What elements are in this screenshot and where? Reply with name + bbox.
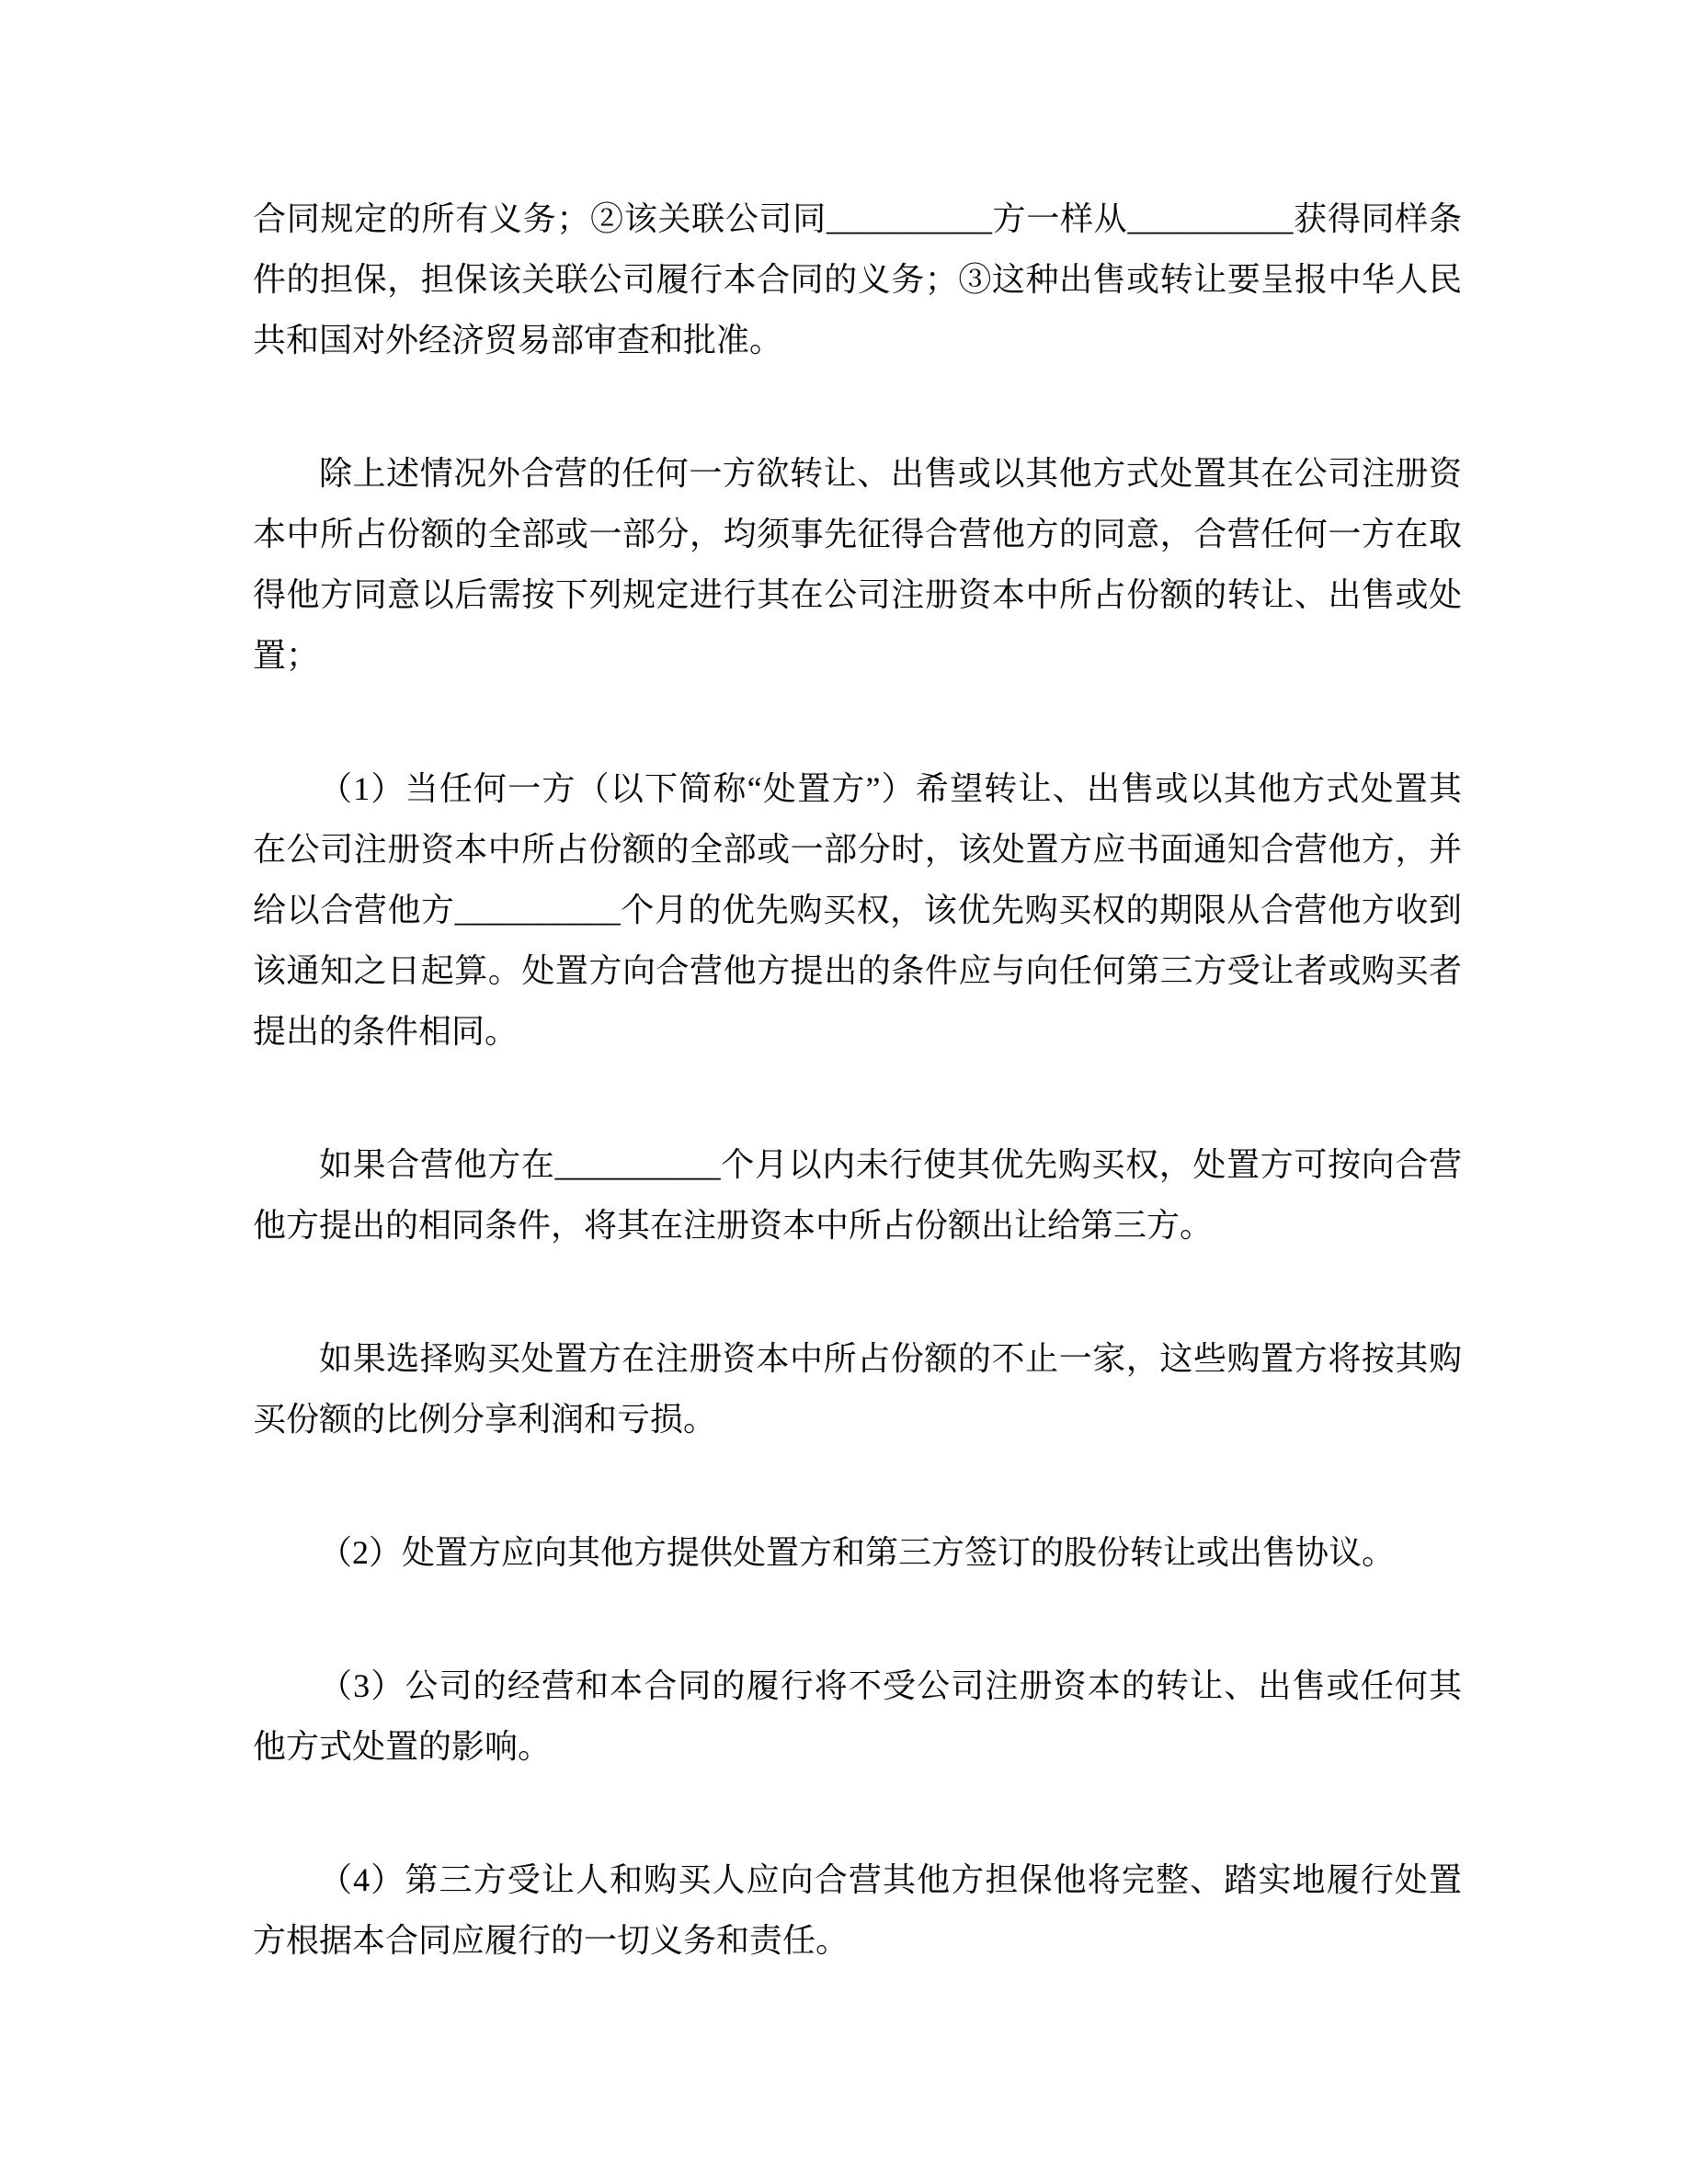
- text-line: 如果选择购买处置方在注册资本中所占份额的不止一家，这些购置方将按其购: [253, 1328, 1462, 1389]
- text-line: 得他方同意以后需按下列规定进行其在公司注册资本中所占份额的转让、出售或处: [253, 564, 1462, 625]
- text-line: 他方式处置的影响。: [253, 1716, 1462, 1777]
- text-line: 共和国对外经济贸易部审查和批准。: [253, 310, 1462, 370]
- paragraph-item-3-no-effect-on-operation: （3）公司的经营和本合同的履行将不受公司注册资本的转让、出售或任何其 他方式处置…: [253, 1655, 1462, 1777]
- text-line: 提出的条件相同。: [253, 1001, 1462, 1062]
- text-line: 买份额的比例分享利润和亏损。: [253, 1389, 1462, 1450]
- document-page: 合同规定的所有义务；②该关联公司同__________方一样从_________…: [0, 0, 1688, 2184]
- text-line: （2）处置方应向其他方提供处置方和第三方签订的股份转让或出售协议。: [253, 1522, 1462, 1583]
- paragraph-affiliate-guarantee-continuation: 合同规定的所有义务；②该关联公司同__________方一样从_________…: [253, 188, 1462, 370]
- text-line: 本中所占份额的全部或一部分，均须事先征得合营他方的同意，合营任何一方在取: [253, 504, 1462, 564]
- paragraph-item-4-third-party-guarantee: （4）第三方受让人和购买人应向合营其他方担保他将完整、踏实地履行处置 方根据本合…: [253, 1849, 1462, 1971]
- text-line: 除上述情况外合营的任何一方欲转让、出售或以其他方式处置其在公司注册资: [253, 443, 1462, 504]
- text-line: 如果合营他方在__________个月以内未行使其优先购买权，处置方可按向合营: [253, 1134, 1462, 1195]
- text-line: （1）当任何一方（以下简称“处置方”）希望转让、出售或以其他方式处置其: [253, 758, 1462, 819]
- text-line: 该通知之日起算。处置方向合营他方提出的条件应与向任何第三方受让者或购买者: [253, 940, 1462, 1001]
- text-line: （3）公司的经营和本合同的履行将不受公司注册资本的转让、出售或任何其: [253, 1655, 1462, 1716]
- paragraph-item-2-provide-agreement: （2）处置方应向其他方提供处置方和第三方签订的股份转让或出售协议。: [253, 1522, 1462, 1583]
- paragraph-right-not-exercised: 如果合营他方在__________个月以内未行使其优先购买权，处置方可按向合营 …: [253, 1134, 1462, 1256]
- text-line: （4）第三方受让人和购买人应向合营其他方担保他将完整、踏实地履行处置: [253, 1849, 1462, 1910]
- paragraph-transfer-consent-requirement: 除上述情况外合营的任何一方欲转让、出售或以其他方式处置其在公司注册资 本中所占份…: [253, 443, 1462, 686]
- text-line: 给以合营他方__________个月的优先购买权，该优先购买权的期限从合营他方收…: [253, 880, 1462, 940]
- text-line: 在公司注册资本中所占份额的全部或一部分时，该处置方应书面通知合营他方，并: [253, 819, 1462, 880]
- paragraph-multiple-purchasers: 如果选择购买处置方在注册资本中所占份额的不止一家，这些购置方将按其购 买份额的比…: [253, 1328, 1462, 1450]
- text-line: 方根据本合同应履行的一切义务和责任。: [253, 1910, 1462, 1971]
- text-line: 他方提出的相同条件，将其在注册资本中所占份额出让给第三方。: [253, 1195, 1462, 1256]
- paragraph-item-1-preemptive-right: （1）当任何一方（以下简称“处置方”）希望转让、出售或以其他方式处置其 在公司注…: [253, 758, 1462, 1062]
- text-line: 件的担保，担保该关联公司履行本合同的义务；③这种出售或转让要呈报中华人民: [253, 249, 1462, 310]
- text-line: 合同规定的所有义务；②该关联公司同__________方一样从_________…: [253, 188, 1462, 249]
- text-line: 置；: [253, 625, 1462, 686]
